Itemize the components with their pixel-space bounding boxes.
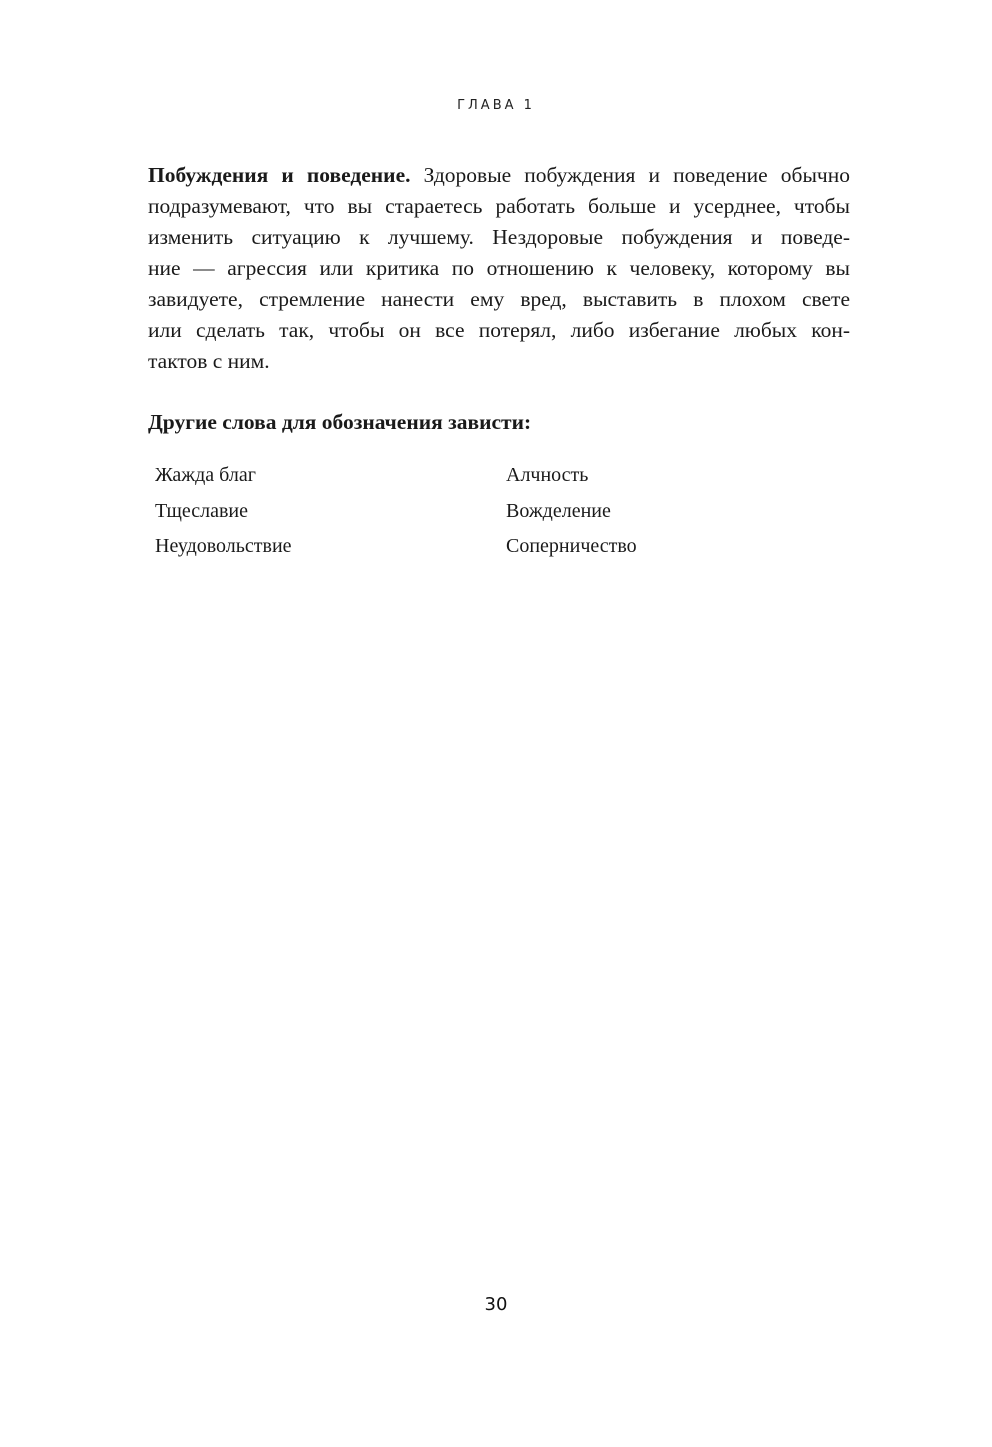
paragraph-line: подразумевают, что вы стараетесь работат…: [148, 191, 850, 222]
paragraph-line: тактов с ним.: [148, 346, 850, 377]
synonym-item: Алчность: [506, 458, 755, 494]
paragraph-line-text: Здоровые побуждения и поведение обычно: [411, 163, 851, 187]
paragraph-line: изменить ситуацию к лучшему. Нездоровые …: [148, 222, 850, 253]
synonym-item: Тщеславие: [155, 494, 506, 530]
synonym-item: Жажда благ: [155, 458, 506, 494]
page-number: 30: [0, 1294, 992, 1315]
paragraph-line: или сделать так, чтобы он все потерял, л…: [148, 315, 850, 346]
paragraph-line: Побуждения и поведение. Здоровые побужде…: [148, 160, 850, 191]
synonym-item: Соперничество: [506, 529, 755, 565]
synonym-item: Вожделение: [506, 494, 755, 530]
paragraph-line: ние — агрессия или критика по отношению …: [148, 253, 850, 284]
synonyms-list: Жажда благ Алчность Тщеславие Вожделение…: [155, 458, 755, 565]
paragraph-lead-bold: Побуждения и поведение.: [148, 163, 411, 187]
synonym-item: Неудовольствие: [155, 529, 506, 565]
running-head: ГЛАВА 1: [0, 98, 992, 113]
synonyms-heading: Другие слова для обозначения зависти:: [148, 410, 531, 435]
body-paragraph: Побуждения и поведение. Здоровые побужде…: [148, 160, 850, 377]
paragraph-line: завидуете, стремление нанести ему вред, …: [148, 284, 850, 315]
